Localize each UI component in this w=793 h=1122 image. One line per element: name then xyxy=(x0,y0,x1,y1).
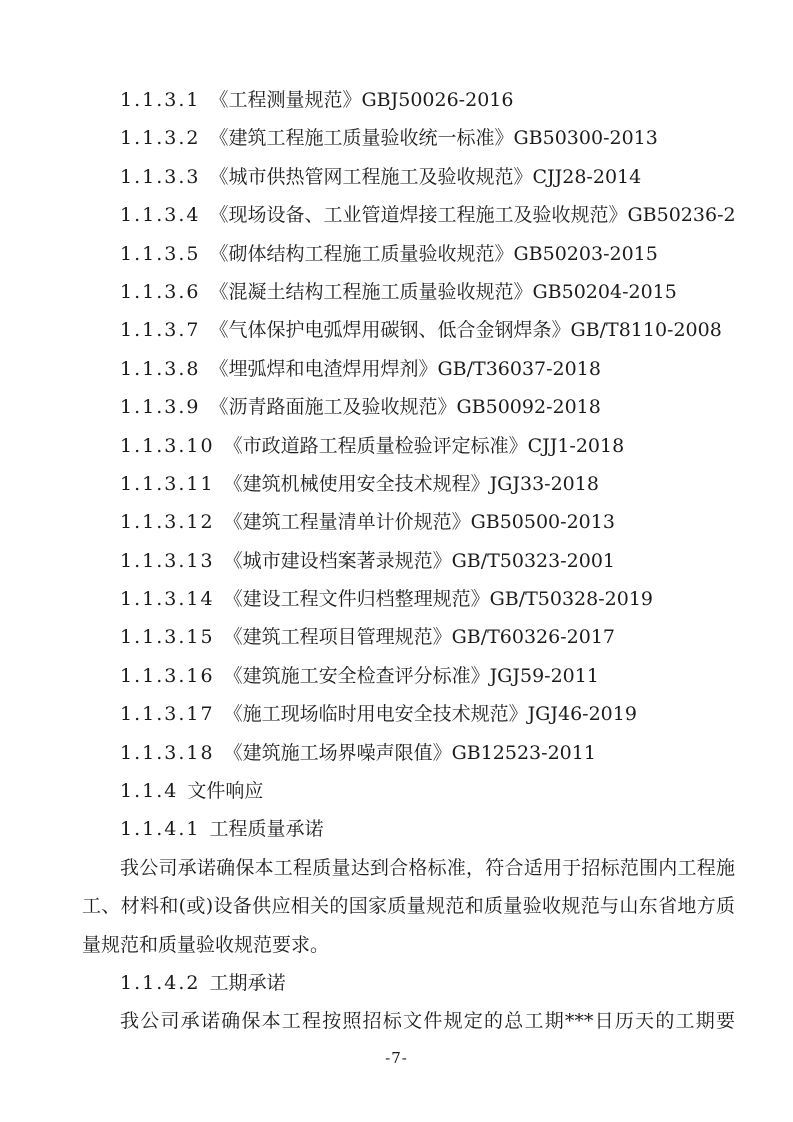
standard-item: 1.1.3.14《建设工程文件归档整理规范》GB/T50328-2019 xyxy=(82,580,735,618)
standard-number: 1.1.3.3 xyxy=(120,166,200,188)
standard-text: 《建筑工程项目管理规范》GB/T60326-2017 xyxy=(224,626,615,648)
standard-text: 《建筑施工场界噪声限值》GB12523-2011 xyxy=(224,742,596,764)
standard-item: 1.1.3.17《施工现场临时用电安全技术规范》JGJ46-2019 xyxy=(82,695,735,733)
standard-number: 1.1.3.13 xyxy=(120,550,215,572)
section-title: 工期承诺 xyxy=(209,972,285,994)
standard-item: 1.1.3.16《建筑施工安全检查评分标准》JGJ59-2011 xyxy=(82,657,735,695)
standard-item: 1.1.3.9《沥青路面施工及验收规范》GB50092-2018 xyxy=(82,388,735,426)
paragraph-line: 量规范和质量验收规范要求。 xyxy=(82,926,735,964)
standard-text: 《建筑工程量清单计价规范》GB50500-2013 xyxy=(224,511,615,533)
standard-number: 1.1.3.4 xyxy=(120,204,200,226)
standard-item: 1.1.3.15《建筑工程项目管理规范》GB/T60326-2017 xyxy=(82,618,735,656)
standard-number: 1.1.3.18 xyxy=(120,742,215,764)
standard-item: 1.1.3.1《工程测量规范》GBJ50026-2016 xyxy=(82,81,735,119)
standard-number: 1.1.3.15 xyxy=(120,626,215,648)
standard-text: 《施工现场临时用电安全技术规范》JGJ46-2019 xyxy=(224,703,637,725)
standard-number: 1.1.3.7 xyxy=(120,319,200,341)
standard-item: 1.1.3.12《建筑工程量清单计价规范》GB50500-2013 xyxy=(82,503,735,541)
section-heading-1-1-4-1: 1.1.4.1工程质量承诺 xyxy=(82,810,735,848)
standard-number: 1.1.3.17 xyxy=(120,703,215,725)
standard-item: 1.1.3.6《混凝土结构工程施工质量验收规范》GB50204-2015 xyxy=(82,273,735,311)
section-heading-1-1-4: 1.1.4文件响应 xyxy=(82,772,735,810)
standard-item: 1.1.3.8《埋弧焊和电渣焊用焊剂》GB/T36037-2018 xyxy=(82,350,735,388)
standard-text: 《工程测量规范》GBJ50026-2016 xyxy=(209,89,513,111)
standard-number: 1.1.3.10 xyxy=(120,435,215,457)
section-title: 工程质量承诺 xyxy=(209,818,323,840)
standard-item: 1.1.3.10《市政道路工程质量检验评定标准》CJJ1-2018 xyxy=(82,427,735,465)
standard-item: 1.1.3.11《建筑机械使用安全技术规程》JGJ33-2018 xyxy=(82,465,735,503)
paragraph-line: 我公司承诺确保本工程质量达到合格标准，符合适用于招标范围内工程施 xyxy=(82,849,735,887)
standard-item: 1.1.3.5《砌体结构工程施工质量验收规范》GB50203-2015 xyxy=(82,235,735,273)
standard-text: 《建设工程文件归档整理规范》GB/T50328-2019 xyxy=(224,588,653,610)
standard-text: 《建筑工程施工质量验收统一标准》GB50300-2013 xyxy=(209,127,657,149)
standard-text: 《建筑施工安全检查评分标准》JGJ59-2011 xyxy=(224,665,599,687)
standard-number: 1.1.3.12 xyxy=(120,511,215,533)
standard-text: 《沥青路面施工及验收规范》GB50092-2018 xyxy=(209,396,600,418)
section-title: 文件响应 xyxy=(187,780,263,802)
standard-text: 《砌体结构工程施工质量验收规范》GB50203-2015 xyxy=(209,243,657,265)
standard-number: 1.1.3.1 xyxy=(120,89,200,111)
standard-item: 1.1.3.18《建筑施工场界噪声限值》GB12523-2011 xyxy=(82,734,735,772)
standard-number: 1.1.3.11 xyxy=(120,473,215,495)
standard-number: 1.1.3.2 xyxy=(120,127,200,149)
standard-item: 1.1.3.7《气体保护电弧焊用碳钢、低合金钢焊条》GB/T8110-2008 xyxy=(82,311,735,349)
page-number: -7- xyxy=(0,1049,793,1067)
standard-text: 《现场设备、工业管道焊接工程施工及验收规范》GB50236-2011 xyxy=(209,204,735,226)
paragraph-line: 我公司承诺确保本工程按照招标文件规定的总工期***日历天的工期要 xyxy=(82,1002,735,1040)
standard-text: 《混凝土结构工程施工质量验收规范》GB50204-2015 xyxy=(209,281,676,303)
standard-text: 《城市建设档案著录规范》GB/T50323-2001 xyxy=(224,550,615,572)
standard-number: 1.1.3.9 xyxy=(120,396,200,418)
section-number: 1.1.4 xyxy=(120,780,178,802)
standard-text: 《建筑机械使用安全技术规程》JGJ33-2018 xyxy=(224,473,599,495)
standard-number: 1.1.3.6 xyxy=(120,281,200,303)
standard-number: 1.1.3.5 xyxy=(120,243,200,265)
standard-number: 1.1.3.16 xyxy=(120,665,215,687)
section-number: 1.1.4.1 xyxy=(120,818,200,840)
standard-text: 《城市供热管网工程施工及验收规范》CJJ28-2014 xyxy=(209,166,641,188)
standard-number: 1.1.3.8 xyxy=(120,358,200,380)
document-page: 1.1.3.1《工程测量规范》GBJ50026-2016 1.1.3.2《建筑工… xyxy=(82,81,735,1041)
standard-text: 《气体保护电弧焊用碳钢、低合金钢焊条》GB/T8110-2008 xyxy=(209,319,721,341)
standard-item: 1.1.3.13《城市建设档案著录规范》GB/T50323-2001 xyxy=(82,542,735,580)
standard-text: 《埋弧焊和电渣焊用焊剂》GB/T36037-2018 xyxy=(209,358,600,380)
paragraph-line: 工、材料和(或)设备供应相关的国家质量规范和质量验收规范与山东省地方质 xyxy=(82,887,735,925)
standard-item: 1.1.3.3《城市供热管网工程施工及验收规范》CJJ28-2014 xyxy=(82,158,735,196)
standard-number: 1.1.3.14 xyxy=(120,588,215,610)
section-number: 1.1.4.2 xyxy=(120,972,200,994)
standard-item: 1.1.3.2《建筑工程施工质量验收统一标准》GB50300-2013 xyxy=(82,119,735,157)
standard-text: 《市政道路工程质量检验评定标准》CJJ1-2018 xyxy=(224,435,625,457)
standard-item: 1.1.3.4《现场设备、工业管道焊接工程施工及验收规范》GB50236-201… xyxy=(82,196,735,234)
section-heading-1-1-4-2: 1.1.4.2工期承诺 xyxy=(82,964,735,1002)
